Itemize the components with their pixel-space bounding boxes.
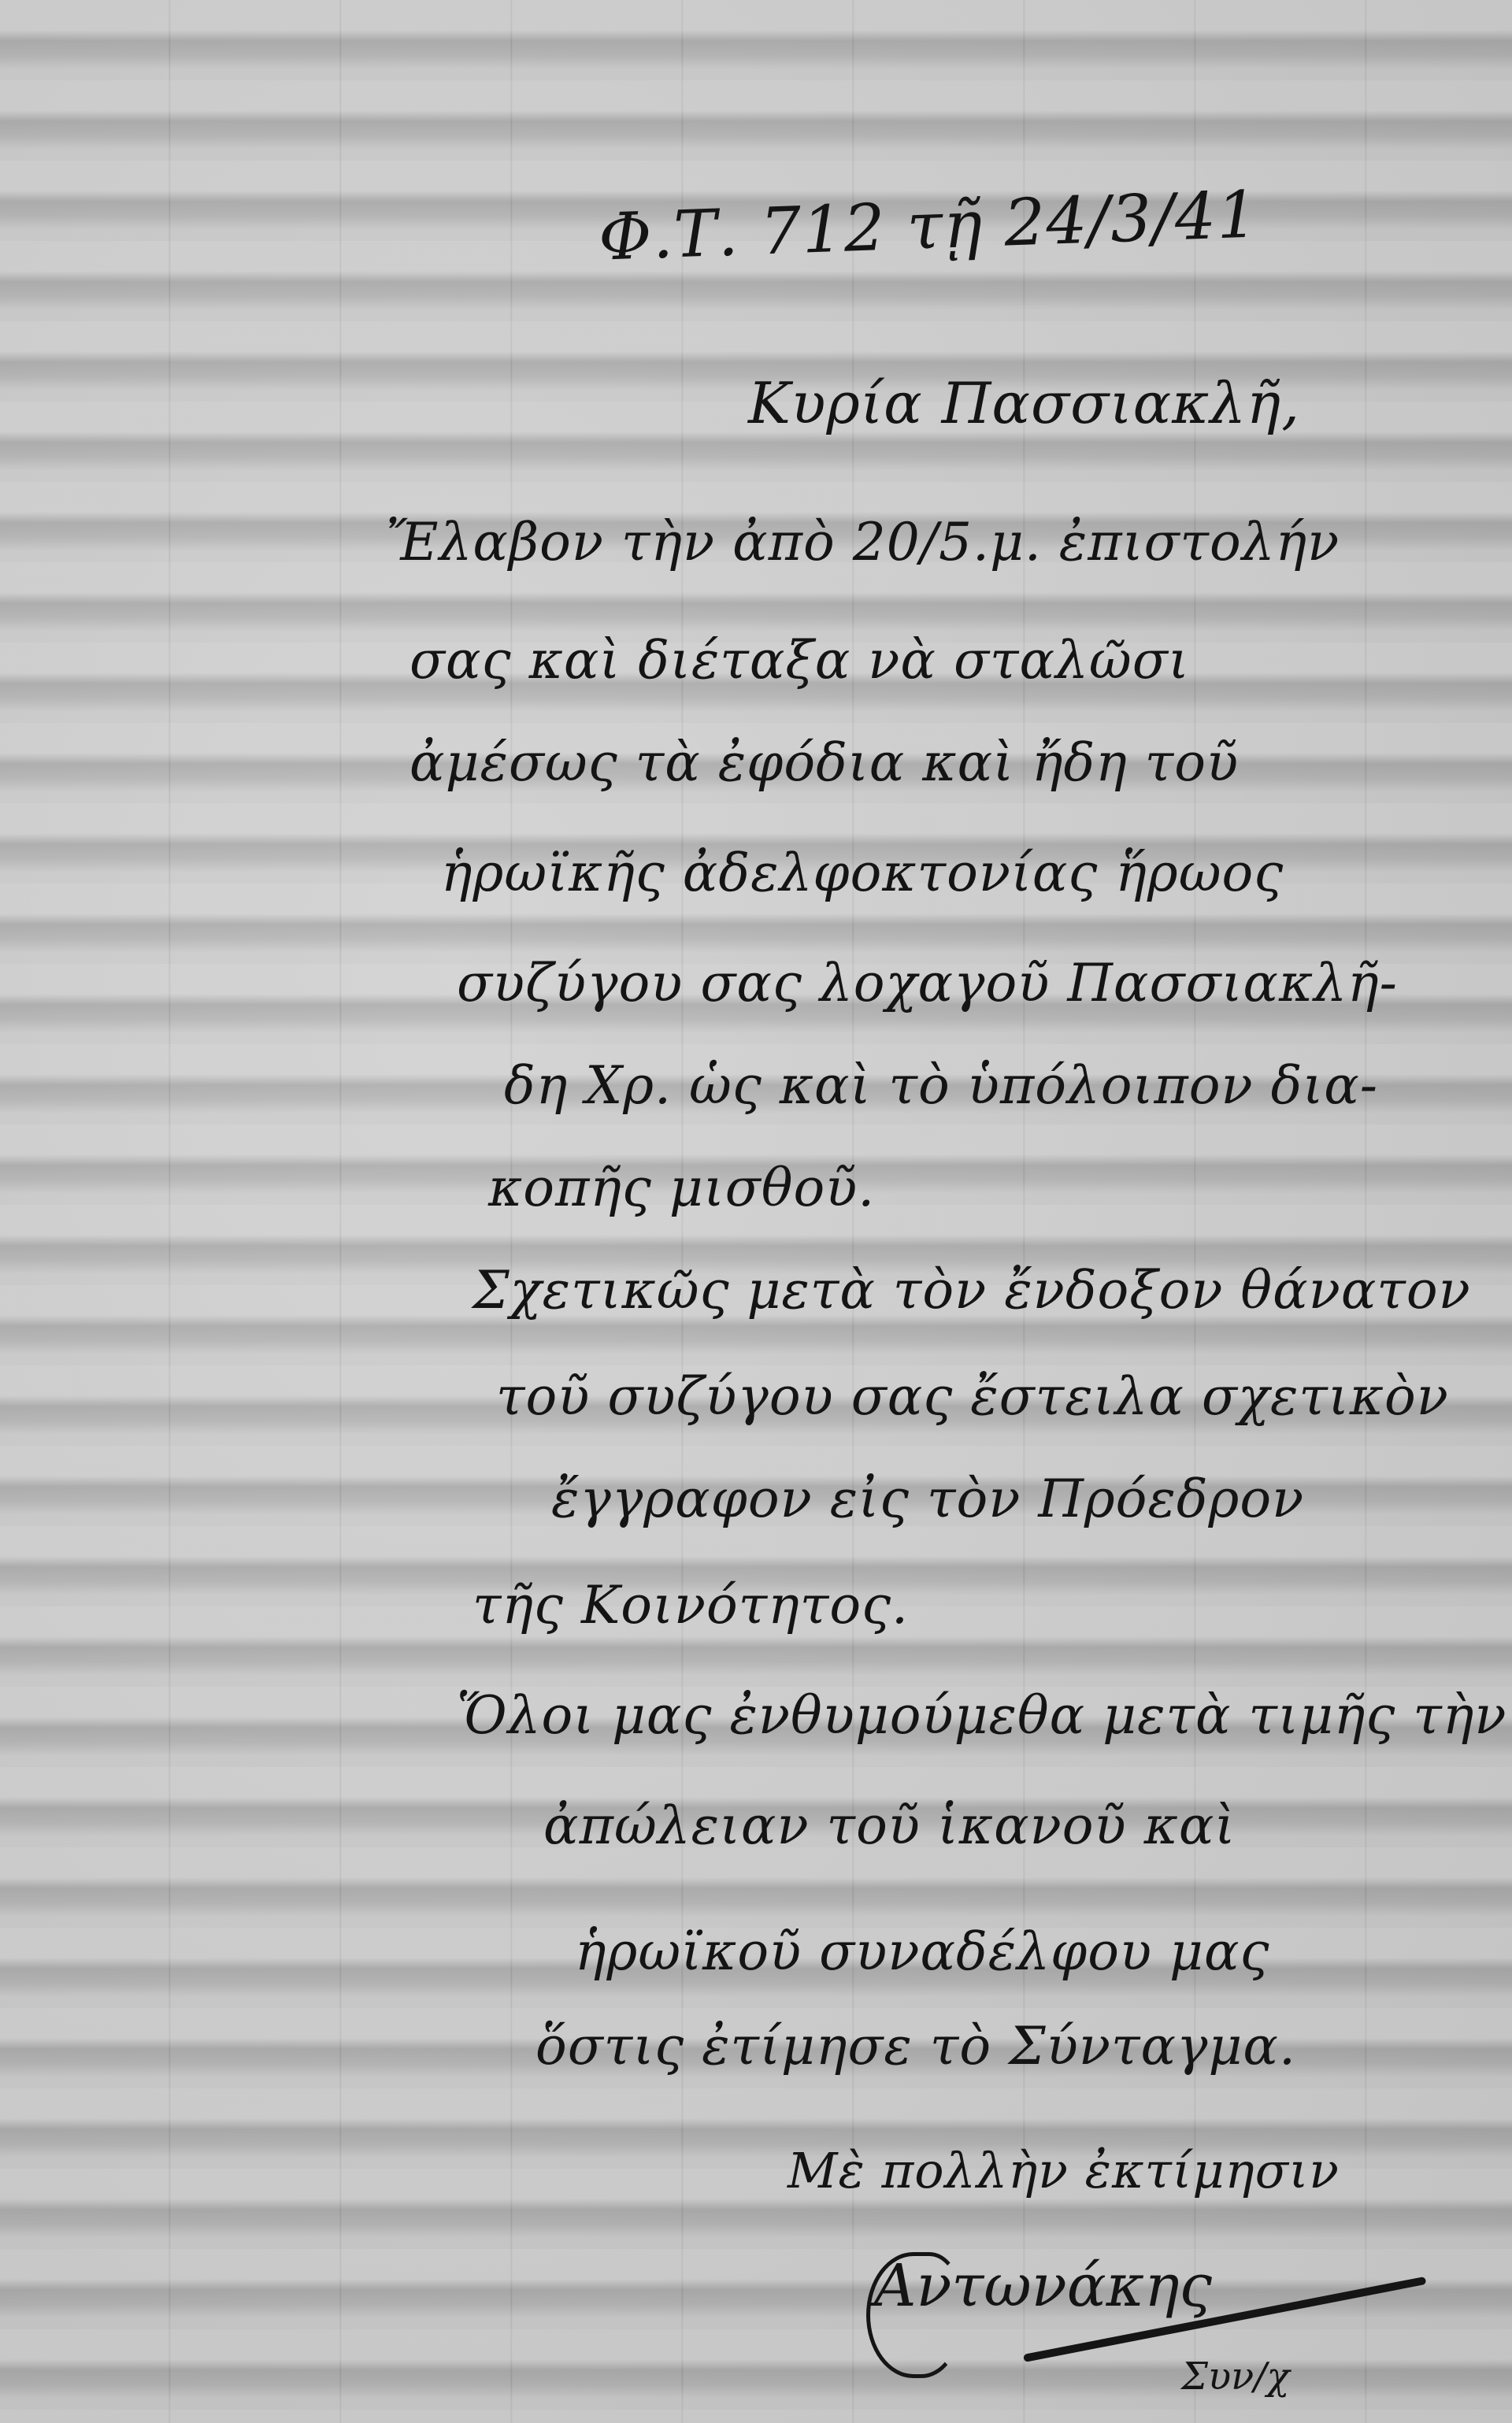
body-line-5: συζύγου σας λοχαγοῦ Πασσιακλῆ- [457, 953, 1398, 1013]
body-line-4: ἡρωϊκῆς ἀδελφοκτονίας ἥρωος [441, 843, 1284, 903]
body-line-8: Σχετικῶς μετὰ τὸν ἔνδοξον θάνατον [472, 1260, 1471, 1321]
body-line-15: ὅστις ἐτίμησε τὸ Σύνταγμα. [535, 2016, 1296, 2077]
body-line-11: τῆς Κοινότητος. [472, 1575, 909, 1636]
closing-line: Μὲ πολλὴν ἐκτίμησιν [787, 2142, 1340, 2199]
body-line-14: ἡρωϊκοῦ συναδέλφου μας [575, 1921, 1269, 1982]
signature: Αντωνάκης [874, 2252, 1212, 2320]
body-line-12: Ὅλοι μας ἐνθυμούμεθα μετὰ τιμῆς τὴν [457, 1685, 1507, 1746]
body-line-1: Ἔλαβον τὴν ἀπὸ 20/5.μ. ἐπιστολήν [386, 512, 1340, 572]
signature-rank: Συν/χ [1181, 2354, 1290, 2399]
body-line-3: ἀμέσως τὰ ἐφόδια καὶ ἤδη τοῦ [409, 732, 1239, 793]
body-line-6: δη Χρ. ὡς καὶ τὸ ὑπόλοιπον δια- [504, 1055, 1378, 1116]
body-line-10: ἔγγραφον εἰς τὸν Πρόεδρον [551, 1469, 1304, 1529]
salutation: Κυρία Πασσιακλῆ, [748, 370, 1300, 436]
body-line-2: σας καὶ διέταξα νὰ σταλῶσι [409, 630, 1190, 691]
body-line-9: τοῦ συζύγου σας ἔστειλα σχετικὸν [496, 1366, 1449, 1427]
body-line-7: κοπῆς μισθοῦ. [488, 1158, 875, 1218]
body-line-13: ἀπώλειαν τοῦ ἱκανοῦ καὶ [543, 1795, 1236, 1856]
